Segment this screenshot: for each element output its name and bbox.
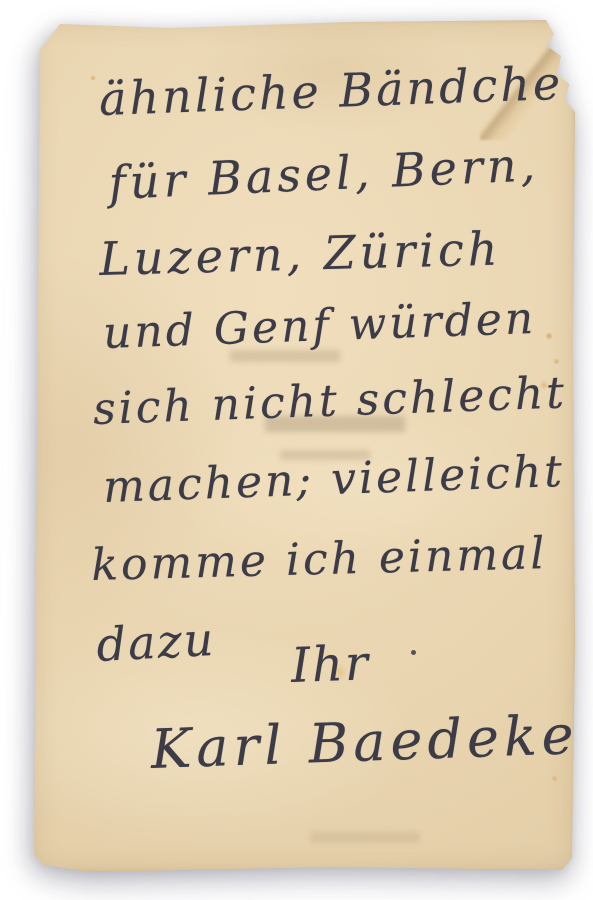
letter-page: ähnliche Bändchen für Basel, Bern, Luzer… <box>30 20 575 872</box>
letter-line-8-dazu: dazu <box>95 612 216 672</box>
foxing-spot <box>90 75 96 81</box>
foxing-spot <box>553 358 560 365</box>
foxing-spot <box>545 332 553 340</box>
show-through-print <box>310 832 420 843</box>
ink-dot <box>411 650 416 655</box>
photo-scene: ähnliche Bändchen für Basel, Bern, Luzer… <box>0 0 593 900</box>
letter-closing-ihr: Ihr <box>290 635 371 694</box>
letter-line-3: Luzern, Zürich <box>99 221 502 286</box>
foxing-spot <box>551 775 558 782</box>
paper-shadow: ähnliche Bändchen für Basel, Bern, Luzer… <box>30 20 575 872</box>
